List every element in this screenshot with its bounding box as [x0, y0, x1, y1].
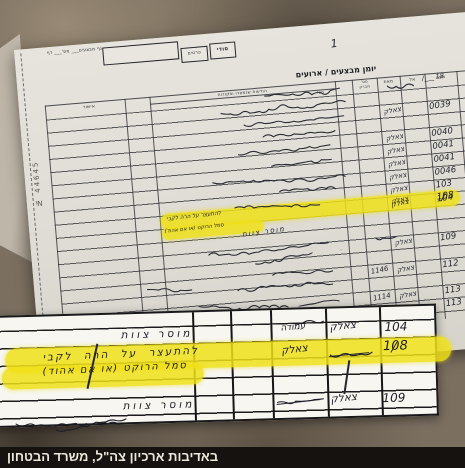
col-header-time: שעה — [426, 74, 456, 82]
handwriting-scribble — [386, 75, 416, 97]
classification-label: סודי — [210, 46, 234, 55]
handwriting-scribble — [55, 419, 120, 441]
caption-credit: באדיבות ארכיון צה"ל, משרד הבטחון — [7, 449, 218, 464]
classification-box: סודי — [209, 41, 236, 59]
log-row-serial: 112 — [442, 258, 459, 270]
handwriting-scribble — [292, 315, 324, 334]
log-row-serial: 104 — [436, 192, 453, 204]
header-micro-text: גף מבצעים___ מס'___ דף — [40, 47, 102, 58]
header-box — [102, 41, 179, 65]
details-label: פרטים — [182, 50, 207, 58]
inset-row-top-serial: 104 — [384, 319, 407, 334]
col-header-telegram-no: מס' מברק — [353, 79, 377, 90]
handwriting-scribble — [276, 392, 325, 413]
inset-row-bottom-serial: 109 — [382, 390, 405, 405]
archive-photo: № 44645 גף מבצעים___ מס'___ דף פרטים סוד… — [0, 0, 465, 468]
page-mark: 1 — [330, 37, 339, 51]
caption-bar: באדיבות ארכיון צה"ל, משרד הבטחון — [0, 447, 465, 468]
handwriting-scribble — [374, 229, 398, 250]
handwriting-scribble — [146, 278, 193, 301]
details-box: פרטים — [180, 46, 208, 63]
inset-magnified-row: מוסר צוות עמודה צאלק 104 להתעצר על הרה ל… — [0, 304, 439, 428]
handwriting-scribble — [329, 345, 374, 366]
